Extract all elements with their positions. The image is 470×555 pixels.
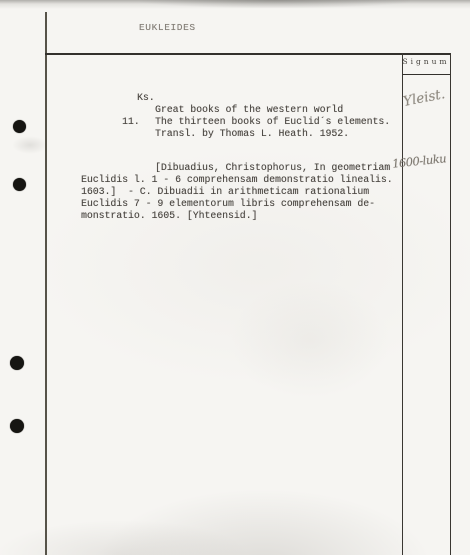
card-top-border xyxy=(45,53,451,55)
card-right-border xyxy=(450,53,452,555)
punch-hole-icon xyxy=(13,120,26,133)
scan-edge-smudge xyxy=(140,0,410,8)
scan-smudge xyxy=(230,280,390,400)
catalog-line: The thirteen books of Euclid´s elements. xyxy=(155,116,390,128)
signum-column-divider xyxy=(402,53,404,555)
catalog-item-number: 11. xyxy=(122,116,140,128)
catalog-line: Euclidis 7 - 9 elementorum libris compre… xyxy=(81,198,375,210)
punch-hole-icon xyxy=(10,419,24,433)
page-heading: EUKLEIDES xyxy=(139,22,196,33)
punch-hole-icon xyxy=(13,178,26,191)
catalog-line: Ks. xyxy=(137,92,155,104)
catalog-line: Transl. by Thomas L. Heath. 1952. xyxy=(155,128,349,140)
signum-header-underline xyxy=(402,74,450,76)
left-margin-rule xyxy=(45,12,47,555)
punch-hole-icon xyxy=(10,356,24,370)
catalog-line: Great books of the western world xyxy=(155,104,343,116)
signum-column-header: Signum xyxy=(402,57,450,66)
catalog-line: Euclidis l. 1 - 6 comprehensam demonstra… xyxy=(81,174,393,186)
scan-smudge xyxy=(12,136,48,154)
catalog-line: 1603.] - C. Dibuadii in arithmeticam rat… xyxy=(81,186,369,198)
scanned-catalog-card: EUKLEIDES Signum Yleist. 1600-luku Ks. G… xyxy=(0,0,470,555)
handwritten-note-top: Yleist. xyxy=(402,86,446,110)
catalog-line: monstratio. 1605. [Yhteensid.] xyxy=(81,210,257,222)
handwritten-note-bottom: 1600-luku xyxy=(391,151,446,171)
catalog-line: [Dibuadius, Christophorus, In geometriam xyxy=(155,162,390,174)
